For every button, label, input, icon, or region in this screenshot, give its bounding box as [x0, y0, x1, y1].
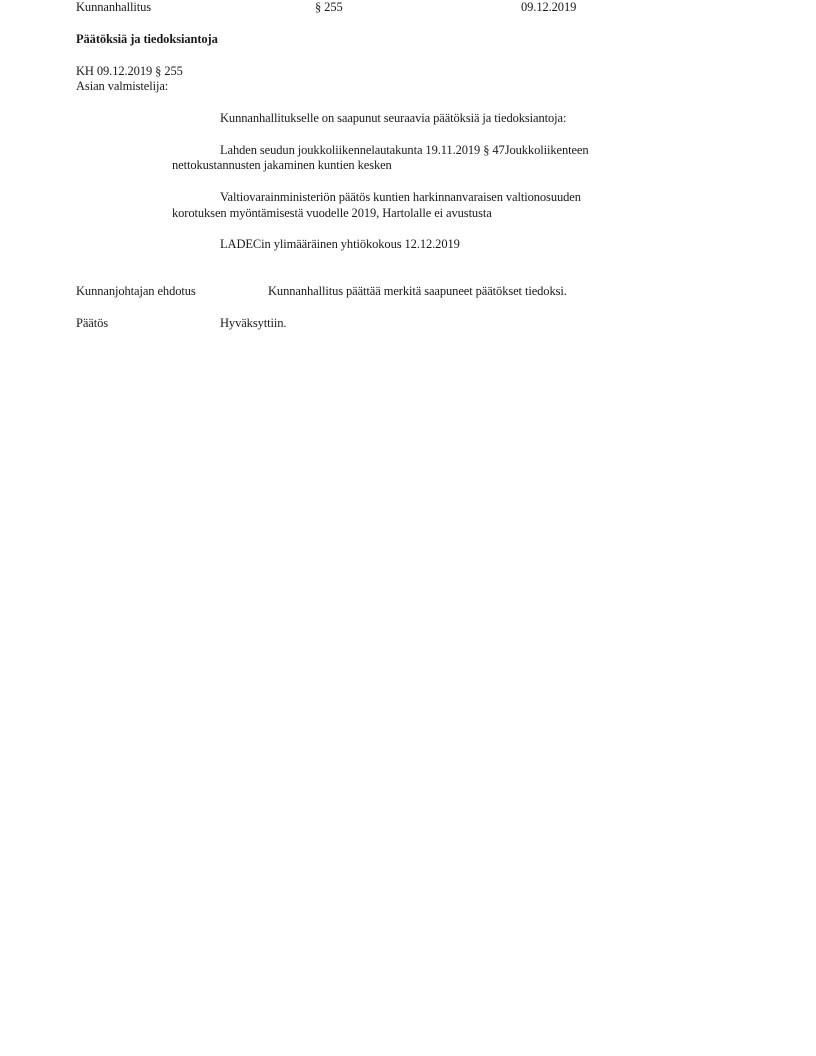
item-3-line-1: LADECin ylimääräinen yhtiökokous 12.12.2…: [220, 237, 460, 252]
item-1-line-2: nettokustannusten jakaminen kuntien kesk…: [172, 158, 392, 173]
header-date: 09.12.2019: [521, 0, 576, 15]
proposal-label: Kunnanjohtajan ehdotus: [76, 284, 196, 299]
intro-text: Kunnanhallitukselle on saapunut seuraavi…: [220, 111, 566, 126]
document-title: Päätöksiä ja tiedoksiantoja: [76, 32, 218, 47]
header-section: § 255: [315, 0, 343, 15]
reference: KH 09.12.2019 § 255: [76, 64, 183, 79]
decision-text: Hyväksyttiin.: [220, 316, 286, 331]
preparer-label: Asian valmistelija:: [76, 79, 168, 94]
decision-label: Päätös: [76, 316, 108, 331]
item-1-line-1: Lahden seudun joukkoliikennelautakunta 1…: [220, 143, 589, 158]
item-2-line-1: Valtiovarainministeriön päätös kuntien h…: [220, 190, 581, 205]
proposal-text: Kunnanhallitus päättää merkitä saapuneet…: [268, 284, 567, 299]
item-2-line-2: korotuksen myöntämisestä vuodelle 2019, …: [172, 206, 492, 221]
header-body-name: Kunnanhallitus: [76, 0, 151, 15]
